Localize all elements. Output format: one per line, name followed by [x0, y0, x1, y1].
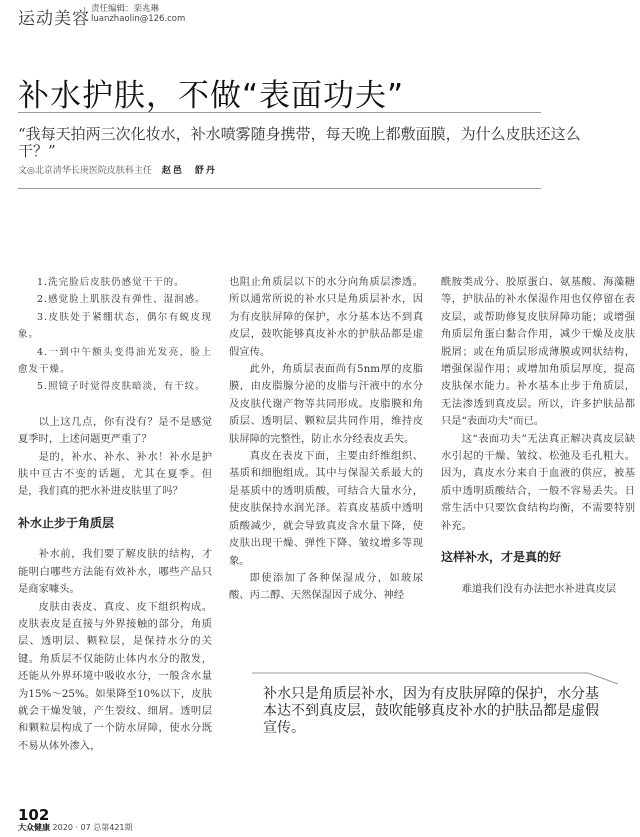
byline-affiliation: 文◎北京清华长庚医院皮肤科主任 [18, 166, 152, 176]
editor-label: 责任编辑：栾兆琳 [91, 4, 185, 14]
paragraph: 这“表面功夫”无法真正解决真皮层缺水引起的干燥、皱纹、松弛及毛孔粗大。因为，真皮… [441, 431, 635, 535]
header-divider [84, 7, 85, 23]
paragraph: 以上这几点，你有没有？是不是感觉夏季时，上述问题更严重了？ [18, 414, 212, 449]
list-item: 3.皮肤处于紧绷状态，偶尔有蜕皮现象。 [18, 309, 212, 344]
article-lede: “我每天拍两三次化妆水，补水喷雾随身携带，每天晚上都敷面膜，为什么皮肤还这么干？… [18, 126, 618, 160]
lede-rule [18, 188, 541, 189]
list-item: 4.一到中午额头变得油光发亮，脸上愈发干燥。 [18, 344, 212, 379]
paragraph: 皮肤由表皮、真皮、皮下组织构成。皮肤表皮是直接与外界接触的部分，角质层、透明层、… [18, 599, 212, 756]
pull-quote: 补水只是角质层补水，因为有皮肤屏障的保护，水分基本达不到真皮层，鼓吹能够真皮补水… [263, 686, 603, 737]
byline: 文◎北京清华长庚医院皮肤科主任赵邑 舒丹 [18, 163, 217, 176]
paragraph: 难道我们没有办法把水补进真皮层 [441, 581, 635, 598]
paragraph: 真皮在表皮下面，主要由纤维组织、基质和细胞组成。其中与保湿关系最大的是基质中的透… [229, 448, 423, 570]
editor-info: 责任编辑：栾兆琳 luanzhaolin@126.com [91, 4, 185, 24]
column-2: 也阻止角质层以下的水分向角质层渗透。所以通常所说的补水只是角质层补水，因为有皮肤… [229, 274, 423, 605]
paragraph: 是的，补水、补水、补水！补水是护肤中亘古不变的话题，尤其在夏季。但是，我们真的把… [18, 449, 212, 501]
section-heading: 补水止步于角质层 [18, 515, 212, 532]
column-1: 1.洗完脸后皮肤仍感觉干干的。 2.感觉脸上肌肤没有弹性、湿润感。 3.皮肤处于… [18, 274, 212, 755]
magazine-info: 大众健康 2020 · 07 总第421期 [18, 822, 133, 833]
section-name: 运动美容 [18, 4, 90, 29]
editor-email[interactable]: luanzhaolin@126.com [91, 14, 185, 24]
column-3: 酰胺类成分、胶原蛋白、氨基酸、海藻糖等，护肤品的补水保湿作用也仅停留在表皮层，或… [441, 274, 635, 598]
title-rule [18, 112, 541, 113]
article-title: 补水护肤，不做“表面功夫” [18, 70, 404, 115]
list-item: 5.照镜子时觉得皮肤暗淡，有干纹。 [18, 378, 212, 395]
list-item: 2.感觉脸上肌肤没有弹性、湿润感。 [18, 291, 212, 308]
issue-info: 2020 · 07 总第421期 [53, 823, 133, 832]
paragraph: 即使添加了各种保湿成分，如玻尿酸、丙二醇、天然保湿因子成分、神经 [229, 570, 423, 605]
paragraph: 也阻止角质层以下的水分向角质层渗透。所以通常所说的补水只是角质层补水，因为有皮肤… [229, 274, 423, 361]
paragraph: 酰胺类成分、胶原蛋白、氨基酸、海藻糖等，护肤品的补水保湿作用也仅停留在表皮层，或… [441, 274, 635, 431]
magazine-name: 大众健康 [18, 823, 50, 832]
byline-authors: 赵邑 舒丹 [162, 166, 217, 176]
list-item: 1.洗完脸后皮肤仍感觉干干的。 [18, 274, 212, 291]
symptom-list: 1.洗完脸后皮肤仍感觉干干的。 2.感觉脸上肌肤没有弹性、湿润感。 3.皮肤处于… [18, 274, 212, 396]
paragraph: 此外，角质层表面尚有5nm厚的皮脂膜，由皮脂腺分泌的皮脂与汗液中的水分及皮肤代谢… [229, 361, 423, 448]
section-heading: 这样补水，才是真的好 [441, 549, 635, 566]
paragraph: 补水前，我们要了解皮肤的结构，才能明白哪些方法能有效补水，哪些产品只是商家噱头。 [18, 546, 212, 598]
